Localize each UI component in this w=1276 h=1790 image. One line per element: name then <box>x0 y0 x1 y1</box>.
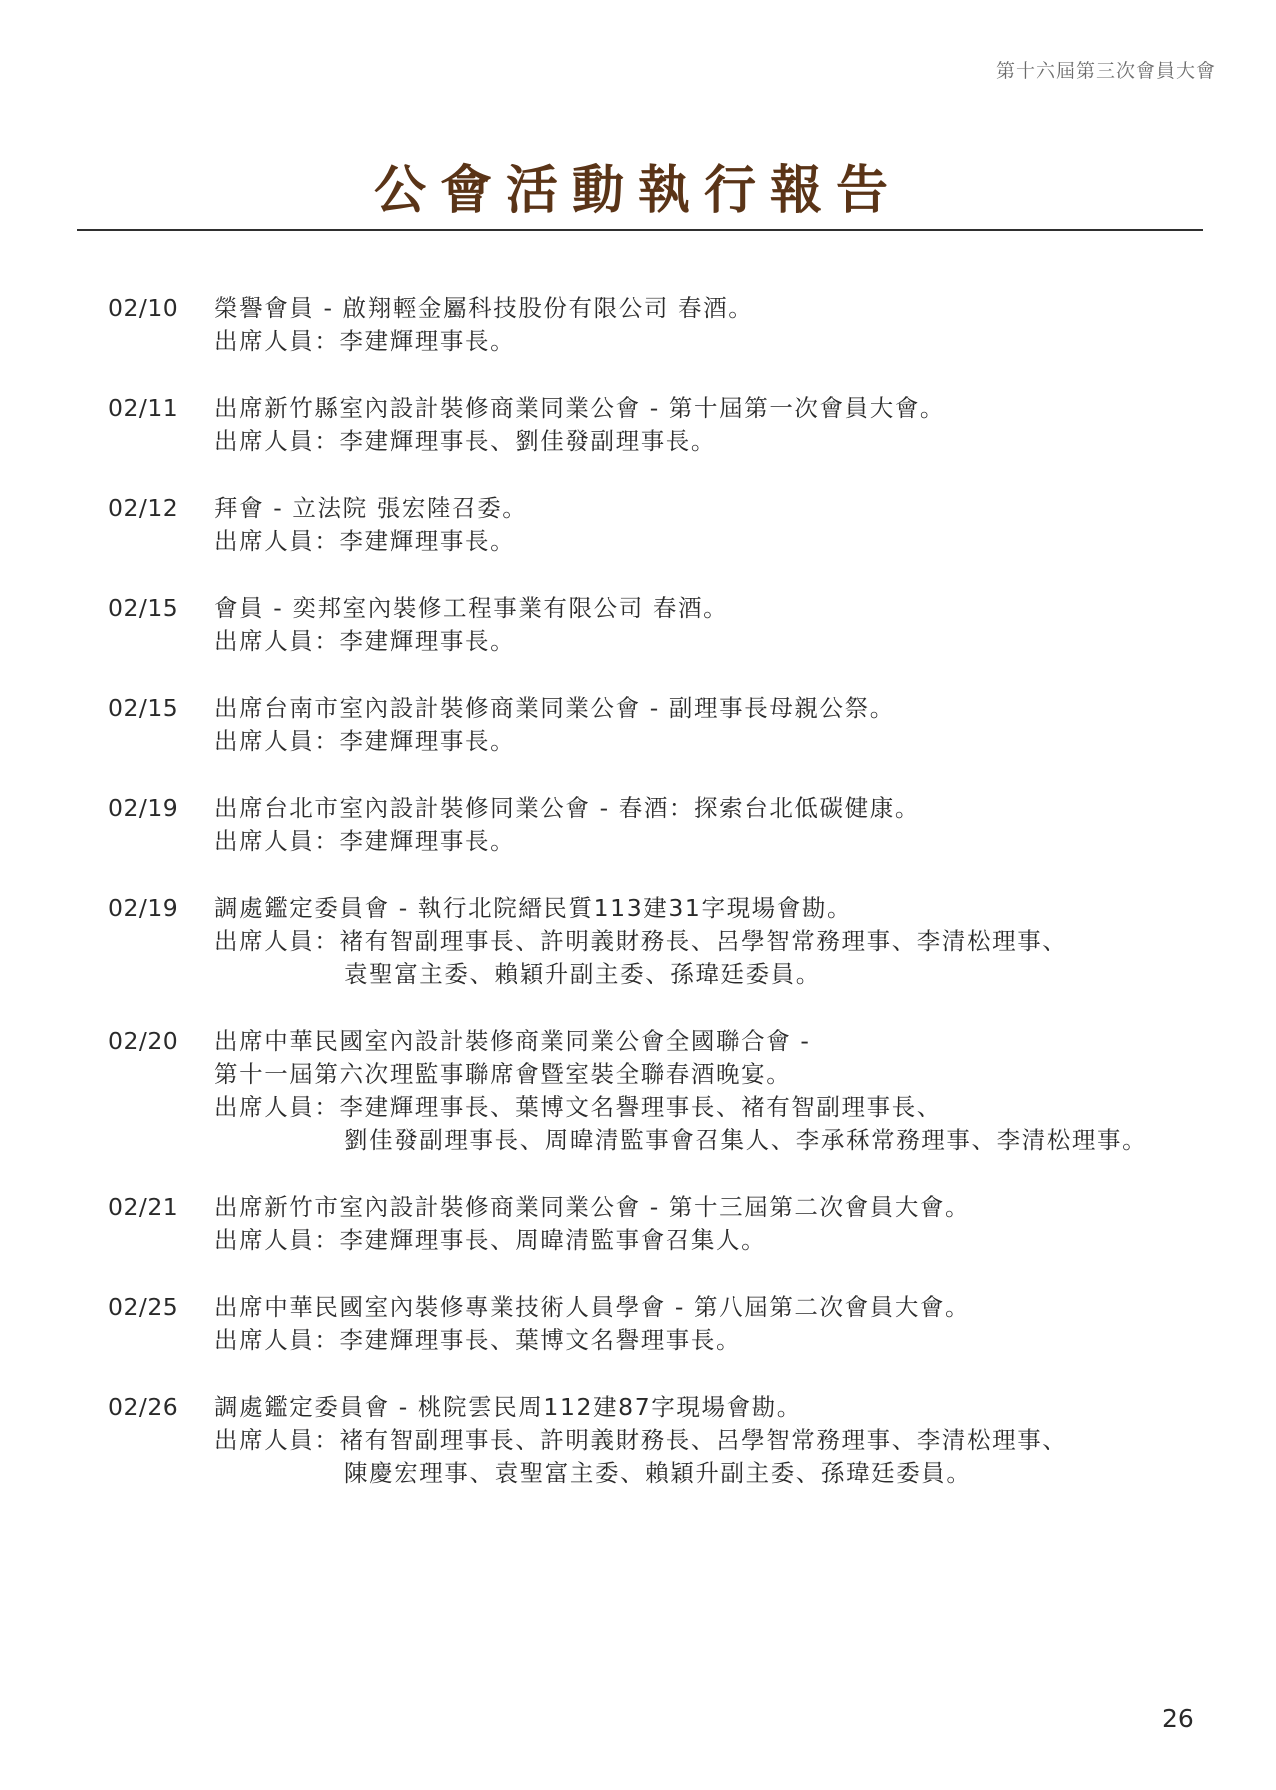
entry-event: 出席台北市室內設計裝修同業公會 - 春酒：探索台北低碳健康。 <box>214 792 1218 825</box>
entry-attendees: 出席人員：李建輝理事長、劉佳發副理事長。 <box>214 425 1218 458</box>
entry-body: 調處鑑定委員會 - 執行北院縉民質113建31字現場會勘。 出席人員：褚有智副理… <box>214 892 1218 991</box>
entry-date: 02/25 <box>108 1291 214 1357</box>
entry-attendees: 出席人員：李建輝理事長、周暐清監事會召集人。 <box>214 1224 1218 1257</box>
entry-event: 榮譽會員 - 啟翔輕金屬科技股份有限公司 春酒。 <box>214 292 1218 325</box>
running-header: 第十六屆第三次會員大會 <box>996 56 1216 83</box>
entry-date: 02/10 <box>108 292 214 358</box>
entry-body: 出席台北市室內設計裝修同業公會 - 春酒：探索台北低碳健康。 出席人員：李建輝理… <box>214 792 1218 858</box>
entry-event: 調處鑑定委員會 - 桃院雲民周112建87字現場會勘。 <box>214 1391 1218 1424</box>
entry-body: 出席中華民國室內設計裝修商業同業公會全國聯合會 - 第十一屆第六次理監事聯席會暨… <box>214 1025 1218 1157</box>
entry-date: 02/19 <box>108 792 214 858</box>
entry-body: 出席新竹縣室內設計裝修商業同業公會 - 第十屆第一次會員大會。 出席人員：李建輝… <box>214 392 1218 458</box>
activity-entry: 02/15 出席台南市室內設計裝修商業同業公會 - 副理事長母親公祭。 出席人員… <box>108 692 1218 758</box>
entry-attendees: 出席人員：李建輝理事長。 <box>214 325 1218 358</box>
entry-body: 出席台南市室內設計裝修商業同業公會 - 副理事長母親公祭。 出席人員：李建輝理事… <box>214 692 1218 758</box>
entry-event: 出席新竹縣室內設計裝修商業同業公會 - 第十屆第一次會員大會。 <box>214 392 1218 425</box>
entry-event: 出席新竹市室內設計裝修商業同業公會 - 第十三屆第二次會員大會。 <box>214 1191 1218 1224</box>
entry-body: 調處鑑定委員會 - 桃院雲民周112建87字現場會勘。 出席人員：褚有智副理事長… <box>214 1391 1218 1490</box>
page-number: 26 <box>1162 1704 1194 1733</box>
entry-event: 調處鑑定委員會 - 執行北院縉民質113建31字現場會勘。 <box>214 892 1218 925</box>
title-divider <box>77 229 1203 231</box>
entry-body: 拜會 - 立法院 張宏陸召委。 出席人員：李建輝理事長。 <box>214 492 1218 558</box>
page-title: 公會活動執行報告 <box>0 148 1276 223</box>
entry-event: 出席中華民國室內裝修專業技術人員學會 - 第八屆第二次會員大會。 <box>214 1291 1218 1324</box>
entry-body: 榮譽會員 - 啟翔輕金屬科技股份有限公司 春酒。 出席人員：李建輝理事長。 <box>214 292 1218 358</box>
activity-entry: 02/21 出席新竹市室內設計裝修商業同業公會 - 第十三屆第二次會員大會。 出… <box>108 1191 1218 1257</box>
activity-entry: 02/19 調處鑑定委員會 - 執行北院縉民質113建31字現場會勘。 出席人員… <box>108 892 1218 991</box>
entry-event: 出席台南市室內設計裝修商業同業公會 - 副理事長母親公祭。 <box>214 692 1218 725</box>
entry-attendees-continued: 袁聖富主委、賴穎升副主委、孫瑋廷委員。 <box>214 958 1218 991</box>
entry-body: 會員 - 奕邦室內裝修工程事業有限公司 春酒。 出席人員：李建輝理事長。 <box>214 592 1218 658</box>
entry-attendees: 出席人員：李建輝理事長、葉博文名譽理事長、褚有智副理事長、 <box>214 1091 1218 1124</box>
activity-entry: 02/25 出席中華民國室內裝修專業技術人員學會 - 第八屆第二次會員大會。 出… <box>108 1291 1218 1357</box>
entry-date: 02/26 <box>108 1391 214 1490</box>
activity-entry: 02/15 會員 - 奕邦室內裝修工程事業有限公司 春酒。 出席人員：李建輝理事… <box>108 592 1218 658</box>
activity-list: 02/10 榮譽會員 - 啟翔輕金屬科技股份有限公司 春酒。 出席人員：李建輝理… <box>108 292 1218 1524</box>
entry-date: 02/20 <box>108 1025 214 1157</box>
entry-body: 出席中華民國室內裝修專業技術人員學會 - 第八屆第二次會員大會。 出席人員：李建… <box>214 1291 1218 1357</box>
entry-date: 02/12 <box>108 492 214 558</box>
entry-event-continued: 第十一屆第六次理監事聯席會暨室裝全聯春酒晚宴。 <box>214 1058 1218 1091</box>
entry-attendees: 出席人員：李建輝理事長。 <box>214 825 1218 858</box>
activity-entry: 02/26 調處鑑定委員會 - 桃院雲民周112建87字現場會勘。 出席人員：褚… <box>108 1391 1218 1490</box>
entry-body: 出席新竹市室內設計裝修商業同業公會 - 第十三屆第二次會員大會。 出席人員：李建… <box>214 1191 1218 1257</box>
entry-date: 02/15 <box>108 592 214 658</box>
entry-date: 02/11 <box>108 392 214 458</box>
entry-attendees: 出席人員：李建輝理事長。 <box>214 525 1218 558</box>
activity-entry: 02/12 拜會 - 立法院 張宏陸召委。 出席人員：李建輝理事長。 <box>108 492 1218 558</box>
entry-attendees: 出席人員：李建輝理事長。 <box>214 625 1218 658</box>
entry-attendees-continued: 陳慶宏理事、袁聖富主委、賴穎升副主委、孫瑋廷委員。 <box>214 1457 1218 1490</box>
entry-attendees: 出席人員：李建輝理事長。 <box>214 725 1218 758</box>
entry-attendees: 出席人員：褚有智副理事長、許明義財務長、呂學智常務理事、李清松理事、 <box>214 925 1218 958</box>
entry-event: 拜會 - 立法院 張宏陸召委。 <box>214 492 1218 525</box>
entry-date: 02/15 <box>108 692 214 758</box>
activity-entry: 02/10 榮譽會員 - 啟翔輕金屬科技股份有限公司 春酒。 出席人員：李建輝理… <box>108 292 1218 358</box>
entry-attendees: 出席人員：褚有智副理事長、許明義財務長、呂學智常務理事、李清松理事、 <box>214 1424 1218 1457</box>
activity-entry: 02/20 出席中華民國室內設計裝修商業同業公會全國聯合會 - 第十一屆第六次理… <box>108 1025 1218 1157</box>
entry-attendees: 出席人員：李建輝理事長、葉博文名譽理事長。 <box>214 1324 1218 1357</box>
entry-date: 02/21 <box>108 1191 214 1257</box>
entry-event: 會員 - 奕邦室內裝修工程事業有限公司 春酒。 <box>214 592 1218 625</box>
entry-date: 02/19 <box>108 892 214 991</box>
entry-event: 出席中華民國室內設計裝修商業同業公會全國聯合會 - <box>214 1025 1218 1058</box>
activity-entry: 02/19 出席台北市室內設計裝修同業公會 - 春酒：探索台北低碳健康。 出席人… <box>108 792 1218 858</box>
entry-attendees-continued: 劉佳發副理事長、周暐清監事會召集人、李承秝常務理事、李清松理事。 <box>214 1124 1218 1157</box>
activity-entry: 02/11 出席新竹縣室內設計裝修商業同業公會 - 第十屆第一次會員大會。 出席… <box>108 392 1218 458</box>
